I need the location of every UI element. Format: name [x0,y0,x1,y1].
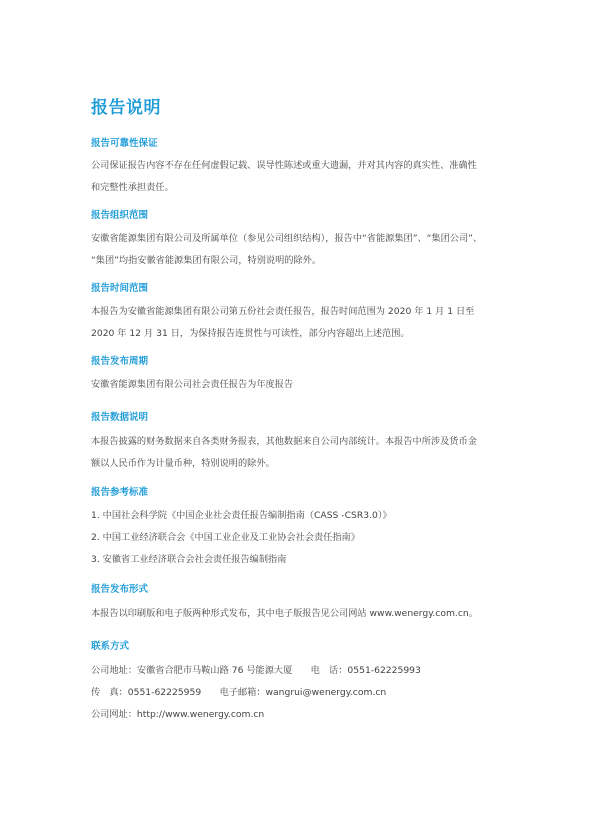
text-line: 和完整性承担责任。 [91,177,526,199]
section-heading-standards: 报告参考标准 [91,484,148,498]
section-heading-cycle: 报告发布周期 [91,353,148,367]
section-heading-data: 报告数据说明 [91,409,148,423]
text-line: 2020 年 12 月 31 日，为保持报告连贯性与可读性，部分内容超出上述范围… [91,323,526,345]
text-line: 本报告为安徽省能源集团有限公司第五份社会责任报告，报告时间范围为 2020 年 … [91,301,526,323]
section-heading-contact: 联系方式 [91,638,129,652]
page-title: 报告说明 [91,93,161,118]
section-body-time-range: 本报告为安徽省能源集团有限公司第五份社会责任报告，报告时间范围为 2020 年 … [91,301,526,345]
text-line: 公司保证报告内容不存在任何虚假记载、误导性陈述或重大遗漏，并对其内容的真实性、准… [91,155,526,177]
section-body-data: 本报告披露的财务数据来自各类财务报表，其他数据来自公司内部统计。本报告中所涉及货… [91,431,526,475]
section-heading-reliability: 报告可靠性保证 [91,135,158,149]
text-line: 本报告披露的财务数据来自各类财务报表，其他数据来自公司内部统计。本报告中所涉及货… [91,431,526,453]
section-body-reliability: 公司保证报告内容不存在任何虚假记载、误导性陈述或重大遗漏，并对其内容的真实性、准… [91,155,526,199]
section-heading-format: 报告发布形式 [91,581,148,595]
section-heading-scope: 报告组织范围 [91,207,148,221]
section-heading-time-range: 报告时间范围 [91,280,148,294]
text-line: 安徽省能源集团有限公司社会责任报告为年度报告 [91,374,526,396]
text-line: 额以人民币作为计量币种，特别说明的除外。 [91,453,526,475]
list-item: 2. 中国工业经济联合会《中国工业企业及工业协会社会责任指南》 [91,527,526,549]
contact-address-phone: 公司地址：安徽省合肥市马鞍山路 76 号能源大厦 电 话：0551-622259… [91,660,526,682]
text-line: 本报告以印刷版和电子版两种形式发布，其中电子版报告见公司网站 www.wener… [91,603,526,625]
list-item: 1. 中国社会科学院《中国企业社会责任报告编制指南（CASS -CSR3.0）》 [91,505,526,527]
section-body-standards: 1. 中国社会科学院《中国企业社会责任报告编制指南（CASS -CSR3.0）》… [91,505,526,571]
section-body-scope: 安徽省能源集团有限公司及所属单位（参见公司组织结构），报告中“省能源集团”、“集… [91,228,526,272]
section-body-format: 本报告以印刷版和电子版两种形式发布，其中电子版报告见公司网站 www.wener… [91,603,526,625]
section-body-contact: 公司地址：安徽省合肥市马鞍山路 76 号能源大厦 电 话：0551-622259… [91,660,526,726]
contact-fax-email: 传 真：0551-62225959 电子邮箱：wangrui@wenergy.c… [91,682,526,704]
text-line: 安徽省能源集团有限公司及所属单位（参见公司组织结构），报告中“省能源集团”、“集… [91,228,526,250]
text-line: “集团”均指安徽省能源集团有限公司，特别说明的除外。 [91,250,526,272]
list-item: 3. 安徽省工业经济联合会社会责任报告编制指南 [91,549,526,571]
section-body-cycle: 安徽省能源集团有限公司社会责任报告为年度报告 [91,374,526,396]
contact-website: 公司网址：http://www.wenergy.com.cn [91,704,526,726]
